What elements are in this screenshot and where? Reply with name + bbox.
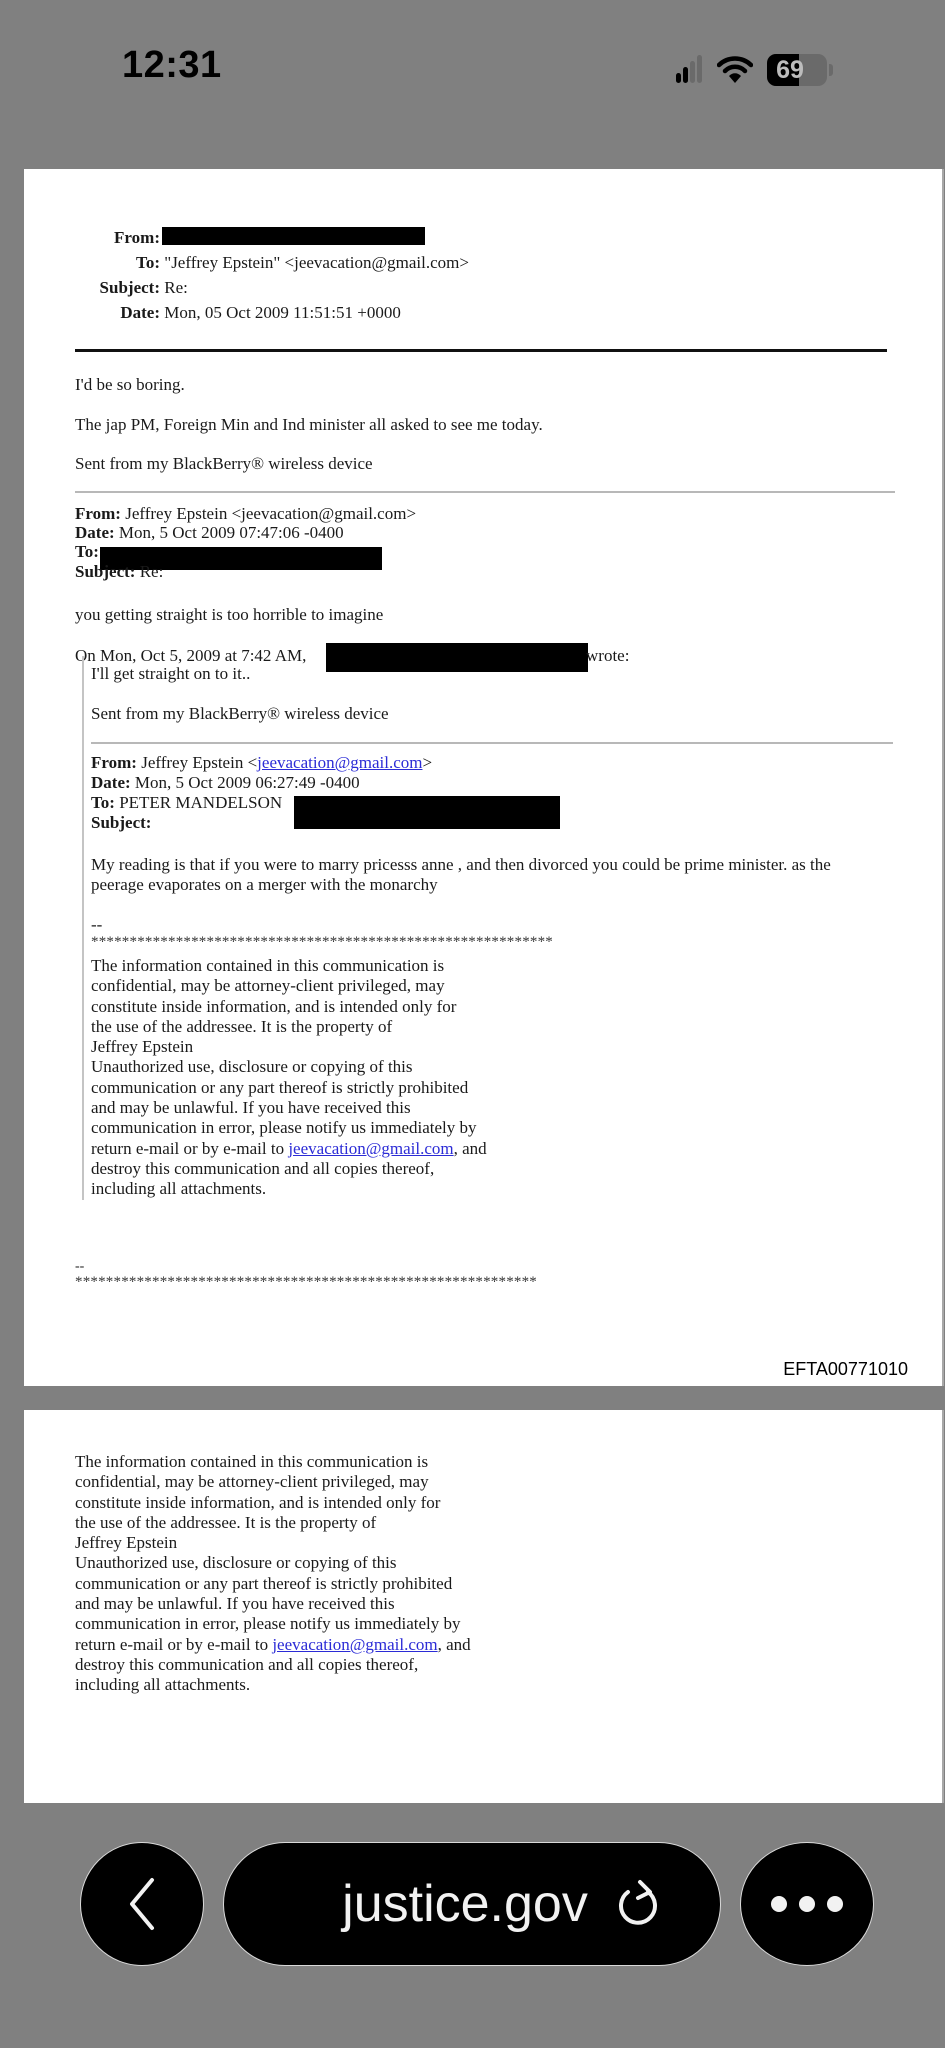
subject-label: Subject: (84, 278, 160, 298)
subject-value: Re: (140, 562, 164, 581)
document-page-2: The information contained in this commun… (24, 1410, 944, 1803)
ellipsis-icon (771, 1896, 843, 1912)
battery-nub (829, 64, 833, 76)
redaction-block (162, 227, 425, 245)
email-link[interactable]: jeevacation@gmail.com (272, 1635, 437, 1654)
date-value: Mon, 05 Oct 2009 11:51:51 +0000 (164, 303, 401, 322)
disclaimer-line: including all attachments. (91, 1179, 487, 1199)
disclaimer-line: communication or any part thereof is str… (75, 1574, 471, 1594)
disclaimer-line: and may be unlawful. If you have receive… (75, 1594, 471, 1614)
date-label: Date: (84, 303, 160, 323)
to-label: To: (75, 542, 99, 561)
disclaimer-line: The information contained in this commun… (91, 956, 487, 976)
disclaimer-text: , and (454, 1139, 487, 1158)
from-label: From: (84, 228, 160, 248)
header-divider (75, 349, 887, 352)
quote-bar (82, 656, 84, 1200)
disclaimer-text: return e-mail or by e-mail to (91, 1139, 288, 1158)
date-value: Mon, 5 Oct 2009 07:47:06 -0400 (119, 523, 344, 542)
header-from: From: (84, 228, 160, 248)
subject-value: Re: (164, 278, 188, 297)
header-subject: Subject: Re: (84, 278, 188, 298)
signature-dash: -- (91, 915, 102, 935)
to-label: To: (84, 253, 160, 273)
email-link[interactable]: jeevacation@gmail.com (257, 753, 422, 772)
from-label: From: (91, 753, 137, 772)
to-value: "Jeffrey Epstein" <jeevacation@gmail.com… (164, 253, 469, 272)
body-line: The jap PM, Foreign Min and Ind minister… (75, 415, 543, 435)
disclaimer-line: the use of the addressee. It is the prop… (91, 1017, 487, 1037)
status-time: 12:31 (122, 44, 222, 87)
wifi-icon (717, 55, 753, 85)
quoted-disclaimer: The information contained in this commun… (91, 956, 487, 1200)
reply-date: Date: Mon, 5 Oct 2009 07:47:06 -0400 (75, 523, 344, 542)
disclaimer-line: and may be unlawful. If you have receive… (91, 1098, 487, 1118)
body-line: I'd be so boring. (75, 375, 185, 395)
header-date: Date: Mon, 05 Oct 2009 11:51:51 +0000 (84, 303, 401, 323)
disclaimer-line: confidential, may be attorney-client pri… (91, 976, 487, 996)
header-to: To: "Jeffrey Epstein" <jeevacation@gmail… (84, 253, 469, 273)
signature-stars: ****************************************… (91, 934, 553, 951)
disclaimer-line: return e-mail or by e-mail to jeevacatio… (75, 1635, 471, 1655)
battery-icon: 69 (767, 54, 827, 86)
reply-body: you getting straight is too horrible to … (75, 605, 383, 625)
redaction-block (294, 796, 560, 829)
disclaimer-line: constitute inside information, and is in… (91, 997, 487, 1017)
subject-label: Subject: (91, 813, 151, 832)
disclaimer-line: Jeffrey Epstein (75, 1533, 471, 1553)
chevron-left-icon (122, 1874, 162, 1934)
subject-label: Subject: (75, 562, 135, 581)
reply-from: From: Jeffrey Epstein <jeevacation@gmail… (75, 504, 416, 523)
disclaimer-line: the use of the addressee. It is the prop… (75, 1513, 471, 1533)
disclaimer-line: confidential, may be attorney-client pri… (75, 1472, 471, 1492)
disclaimer-line: communication or any part thereof is str… (91, 1078, 487, 1098)
quoted-to: To: PETER MANDELSON (91, 793, 282, 813)
disclaimer-line: communication in error, please notify us… (75, 1614, 471, 1634)
quoted-divider (91, 742, 893, 744)
footer-stars: ****************************************… (75, 1274, 537, 1291)
address-bar[interactable]: justice.gov (223, 1842, 721, 1966)
disclaimer-line: Jeffrey Epstein (91, 1037, 487, 1057)
quoted-subject: Subject: (91, 813, 151, 833)
to-label: To: (91, 793, 115, 812)
battery-percent: 69 (767, 54, 813, 86)
document-page-1: From: To: "Jeffrey Epstein" <jeevacation… (24, 169, 944, 1386)
disclaimer-text: , and (438, 1635, 471, 1654)
more-button[interactable] (740, 1842, 874, 1966)
disclaimer-text: return e-mail or by e-mail to (75, 1635, 272, 1654)
status-icons: 69 (676, 52, 833, 88)
quoted-line: Sent from my BlackBerry® wireless device (91, 704, 389, 724)
attribution-prefix: On Mon, Oct 5, 2009 at 7:42 AM, (75, 646, 306, 666)
back-button[interactable] (80, 1842, 204, 1966)
quoted-from: From: Jeffrey Epstein <jeevacation@gmail… (91, 753, 432, 773)
redaction-block (326, 643, 588, 672)
to-value: PETER MANDELSON (119, 793, 282, 812)
disclaimer-line: communication in error, please notify us… (91, 1118, 487, 1138)
url-text: justice.gov (342, 1874, 588, 1934)
from-suffix: > (422, 753, 432, 772)
bates-number: EFTA00771010 (783, 1359, 908, 1380)
disclaimer-line: return e-mail or by e-mail to jeevacatio… (91, 1139, 487, 1159)
page2-disclaimer: The information contained in this commun… (75, 1452, 471, 1696)
attribution-suffix: wrote: (586, 646, 629, 666)
body-line: Sent from my BlackBerry® wireless device (75, 454, 373, 474)
disclaimer-line: constitute inside information, and is in… (75, 1493, 471, 1513)
signal-icon (676, 53, 703, 87)
reply-to: To: (75, 542, 99, 561)
disclaimer-line: destroy this communication and all copie… (91, 1159, 487, 1179)
reply-subject: Subject: Re: (75, 562, 163, 581)
from-value: Jeffrey Epstein <jeevacation@gmail.com> (125, 504, 416, 523)
date-label: Date: (75, 523, 115, 542)
email-link[interactable]: jeevacation@gmail.com (288, 1139, 453, 1158)
quoted-line: I'll get straight on to it.. (91, 664, 250, 684)
date-value: Mon, 5 Oct 2009 06:27:49 -0400 (135, 773, 360, 792)
reload-icon[interactable] (614, 1876, 662, 1932)
from-name: Jeffrey Epstein < (141, 753, 257, 772)
disclaimer-line: Unauthorized use, disclosure or copying … (91, 1057, 487, 1077)
disclaimer-line: Unauthorized use, disclosure or copying … (75, 1553, 471, 1573)
quoted-body-line: My reading is that if you were to marry … (91, 855, 831, 875)
reply-divider (75, 491, 895, 493)
quoted-body-line: peerage evaporates on a merger with the … (91, 875, 438, 895)
disclaimer-line: including all attachments. (75, 1675, 471, 1695)
date-label: Date: (91, 773, 131, 792)
from-label: From: (75, 504, 121, 523)
quoted-date: Date: Mon, 5 Oct 2009 06:27:49 -0400 (91, 773, 360, 793)
disclaimer-line: destroy this communication and all copie… (75, 1655, 471, 1675)
disclaimer-line: The information contained in this commun… (75, 1452, 471, 1472)
